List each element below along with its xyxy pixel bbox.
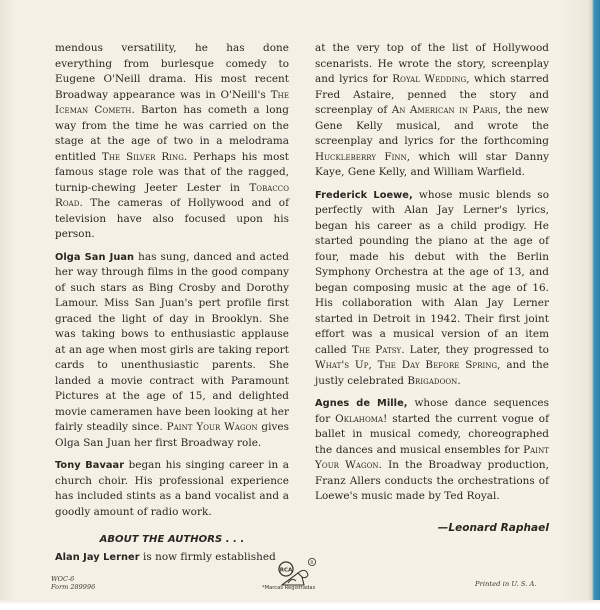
paragraph-lerner-continued: at the very top of the list of Hollywood…	[315, 41, 549, 181]
name-olga-san-juan: Olga San Juan	[55, 252, 134, 263]
title-brigadoon: Brigadoon	[407, 375, 457, 387]
catalog-code: WOC-6 Form 289996	[51, 575, 95, 591]
title-paint-your-wagon: Paint Your Wagon	[167, 421, 258, 433]
svg-text:R: R	[310, 560, 313, 566]
title-silver-ring: The Silver Ring	[102, 151, 184, 163]
title-the-patsy: The Patsy	[352, 344, 401, 356]
paragraph-alan-jay-lerner: Alan Jay Lerner is now firmly establishe…	[55, 550, 289, 566]
name-agnes-de-mille: Agnes de Mille,	[315, 398, 408, 409]
title-royal-wedding: Royal Wedding	[392, 73, 466, 85]
paragraph-barton: mendous versatility, he has done everyth…	[55, 41, 289, 243]
liner-notes-page: mendous versatility, he has done everyth…	[0, 0, 600, 610]
paragraph-tony-bavaar: Tony Bavaar began his singing career in …	[55, 458, 289, 520]
name-tony-bavaar: Tony Bavaar	[55, 460, 124, 471]
catalog-number: WOC-6	[51, 575, 95, 583]
paragraph-frederick-loewe: Frederick Loewe, whose music blends so p…	[315, 188, 549, 390]
title-oklahoma: Oklahoma!	[335, 413, 387, 425]
name-frederick-loewe: Frederick Loewe,	[315, 190, 413, 201]
author-signature: —Leonard Raphael	[315, 521, 549, 537]
page-bottom-edge	[0, 600, 600, 610]
title-whats-up: What's Up	[315, 359, 368, 371]
right-column: at the very top of the list of Hollywood…	[315, 41, 549, 536]
trademark-caption: *Marcas Registradas	[262, 585, 315, 591]
name-alan-jay-lerner: Alan Jay Lerner	[55, 552, 140, 563]
printed-in-usa: Printed in U. S. A.	[475, 580, 537, 588]
svg-text:RCA: RCA	[280, 568, 293, 574]
left-column: mendous versatility, he has done everyth…	[55, 41, 289, 572]
title-day-before-spring: The Day Before Spring	[378, 359, 498, 371]
form-number: Form 289996	[51, 583, 95, 591]
about-the-authors-heading: ABOUT THE AUTHORS . . .	[55, 532, 289, 548]
paragraph-olga-san-juan: Olga San Juan has sung, danced and acted…	[55, 250, 289, 452]
title-huckleberry-finn: Huckleberry Finn	[315, 151, 407, 163]
title-american-in-paris: An American in Paris	[392, 104, 498, 116]
paragraph-agnes-de-mille: Agnes de Mille, whose dance sequences fo…	[315, 396, 549, 505]
